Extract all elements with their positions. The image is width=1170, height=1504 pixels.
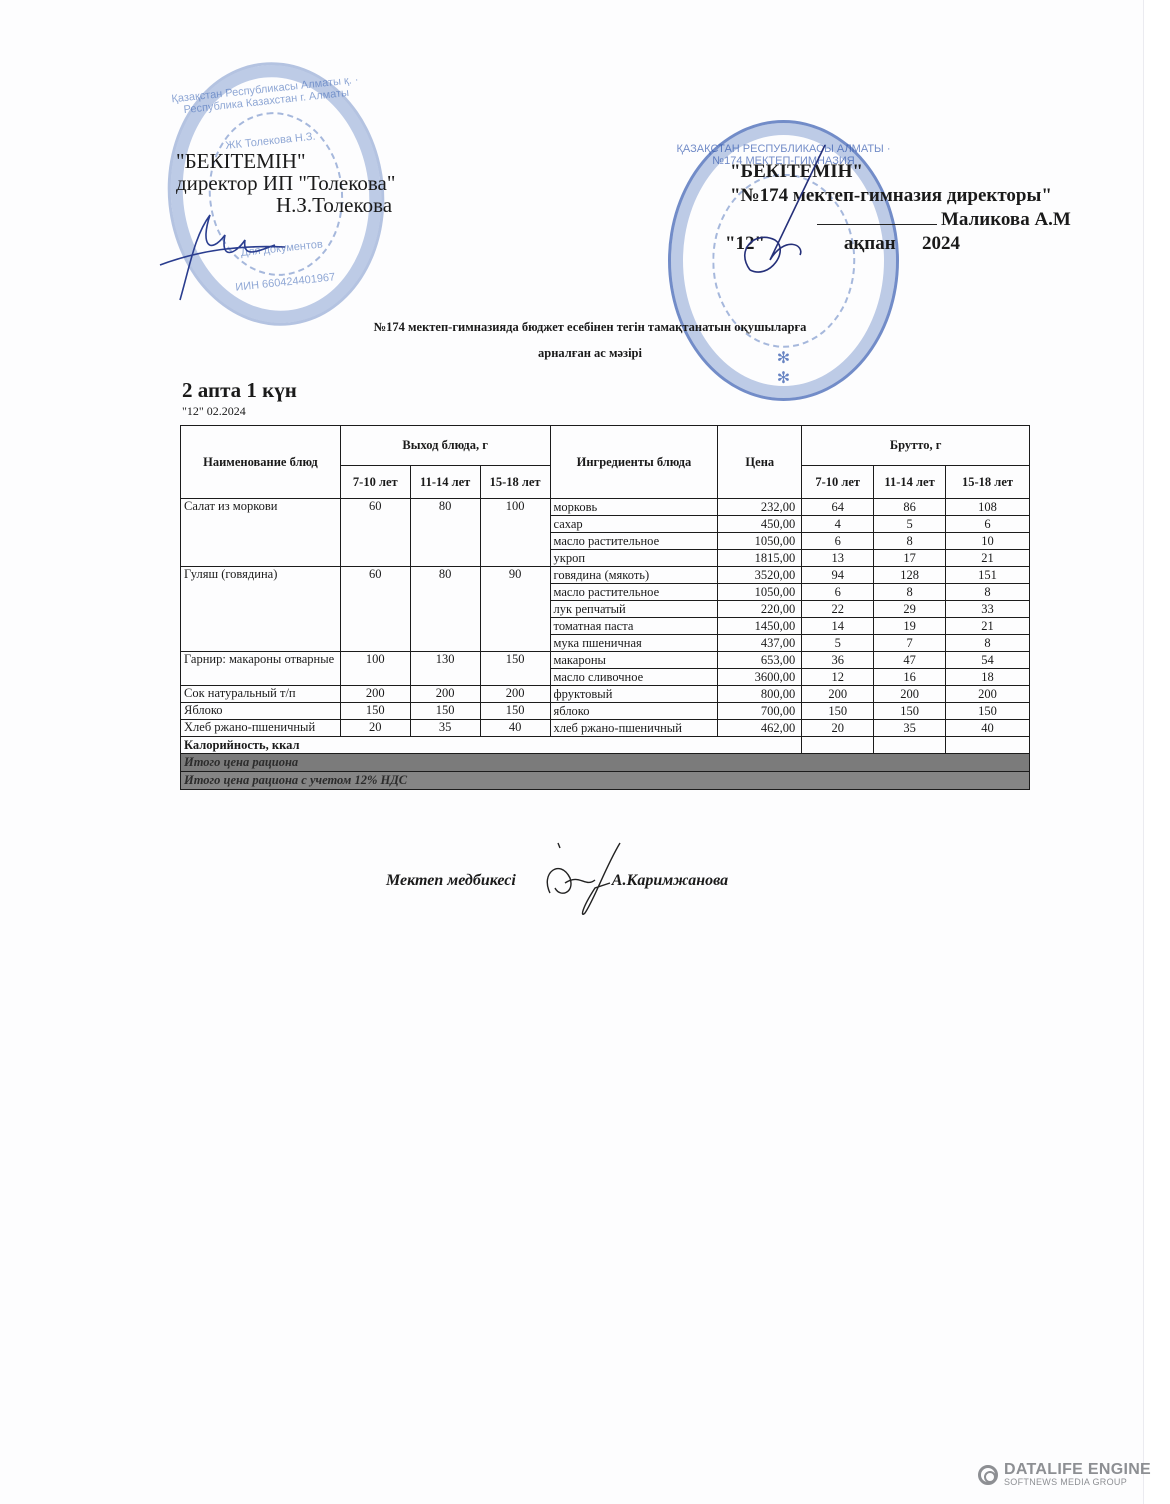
yield-15-18: 150 — [480, 703, 550, 720]
table-row: Гуляш (говядина)608090говядина (мякоть)3… — [181, 567, 1030, 584]
gross-7-10: 36 — [802, 652, 874, 669]
gross-11-14: 150 — [874, 703, 946, 720]
ingredient-name: говядина (мякоть) — [550, 567, 718, 584]
yield-15-18: 200 — [480, 686, 550, 703]
yield-11-14: 150 — [410, 703, 480, 720]
yield-7-10: 200 — [340, 686, 410, 703]
ingredient-price: 232,00 — [718, 499, 802, 516]
gross-11-14: 47 — [874, 652, 946, 669]
yield-7-10: 60 — [340, 567, 410, 652]
yield-7-10: 100 — [340, 652, 410, 686]
datalife-logo-icon — [978, 1465, 998, 1485]
total-vat-row: Итого цена рациона с учетом 12% НДС — [181, 772, 1030, 790]
approval-right-name-line: Маликова А.М — [700, 208, 1071, 232]
ingredient-price: 437,00 — [718, 635, 802, 652]
dish-name: Гарнир: макароны отварные — [181, 652, 341, 686]
gross-11-14: 29 — [874, 601, 946, 618]
total-vat-label: Итого цена рациона с учетом 12% НДС — [181, 772, 1030, 790]
header-gross-group: Брутто, г — [802, 426, 1030, 466]
nurse-role: Мектеп медбикесі — [386, 872, 516, 889]
gross-7-10: 6 — [802, 584, 874, 601]
yield-15-18: 90 — [480, 567, 550, 652]
ingredient-name: морковь — [550, 499, 718, 516]
gross-15-18: 18 — [946, 669, 1030, 686]
gross-7-10: 14 — [802, 618, 874, 635]
gross-7-10: 12 — [802, 669, 874, 686]
approval-right-day: "12" — [725, 233, 765, 254]
gross-7-10: 200 — [802, 686, 874, 703]
gross-7-10: 6 — [802, 533, 874, 550]
approval-right-month: ақпан — [844, 233, 896, 254]
ingredient-price: 1450,00 — [718, 618, 802, 635]
ingredient-price: 1815,00 — [718, 550, 802, 567]
document-title: №174 мектеп-гимназияда бюджет есебінен т… — [340, 314, 840, 366]
yield-7-10: 150 — [340, 703, 410, 720]
gross-7-10: 13 — [802, 550, 874, 567]
dish-name: Яблоко — [181, 703, 341, 720]
gross-11-14: 200 — [874, 686, 946, 703]
ingredient-price: 1050,00 — [718, 533, 802, 550]
watermark-subtitle: SOFTNEWS MEDIA GROUP — [1004, 1477, 1151, 1487]
approval-left: "БЕКІТЕМІН" директор ИП "Толекова" Н.З.Т… — [176, 150, 395, 216]
gross-15-18: 54 — [946, 652, 1030, 669]
yield-15-18: 40 — [480, 720, 550, 737]
gross-11-14: 5 — [874, 516, 946, 533]
yield-15-18: 150 — [480, 652, 550, 686]
ingredient-price: 653,00 — [718, 652, 802, 669]
calories-15-18 — [946, 737, 1030, 754]
calories-11-14 — [874, 737, 946, 754]
gross-15-18: 21 — [946, 618, 1030, 635]
gross-15-18: 33 — [946, 601, 1030, 618]
ingredient-name: сахар — [550, 516, 718, 533]
gross-11-14: 128 — [874, 567, 946, 584]
table-row: Салат из моркови6080100морковь232,006486… — [181, 499, 1030, 516]
ingredient-name: томатная паста — [550, 618, 718, 635]
gross-15-18: 10 — [946, 533, 1030, 550]
approval-right-date: "12" ақпан 2024 — [700, 232, 1071, 256]
ingredient-name: масло сливочное — [550, 669, 718, 686]
gross-11-14: 19 — [874, 618, 946, 635]
calories-7-10 — [802, 737, 874, 754]
total-label: Итого цена рациона — [181, 754, 1030, 772]
ingredient-name: масло растительное — [550, 533, 718, 550]
menu-table: Наименование блюд Выход блюда, г Ингреди… — [180, 425, 1030, 790]
week-day-label: 2 апта 1 күн — [182, 378, 297, 403]
yield-11-14: 80 — [410, 499, 480, 567]
header-ingredients: Ингредиенты блюда — [550, 426, 718, 499]
table-row: Гарнир: макароны отварные100130150макаро… — [181, 652, 1030, 669]
menu-date: "12" 02.2024 — [182, 404, 246, 419]
header-gross-age-11-14: 11-14 лет — [874, 466, 946, 499]
gross-15-18: 40 — [946, 720, 1030, 737]
gross-15-18: 151 — [946, 567, 1030, 584]
gross-15-18: 6 — [946, 516, 1030, 533]
yield-11-14: 130 — [410, 652, 480, 686]
page-edge — [1143, 0, 1170, 1504]
table-row: Яблоко150150150яблоко700,00150150150 — [181, 703, 1030, 720]
gross-11-14: 35 — [874, 720, 946, 737]
header-price: Цена — [718, 426, 802, 499]
header-yield-age-7-10: 7-10 лет — [340, 466, 410, 499]
ingredient-price: 220,00 — [718, 601, 802, 618]
approval-right-position: "№174 мектеп-гимназия директоры" — [700, 184, 1071, 208]
ingredient-name: мука пшеничная — [550, 635, 718, 652]
nurse-signature-block: Мектеп медбикесі А.Каримжанова — [386, 872, 728, 890]
document-title-line-1: №174 мектеп-гимназияда бюджет есебінен т… — [340, 314, 840, 340]
gross-15-18: 8 — [946, 635, 1030, 652]
approval-left-name: Н.З.Толекова — [176, 194, 395, 216]
gross-7-10: 150 — [802, 703, 874, 720]
approval-right-name: Маликова А.М — [941, 209, 1071, 230]
ingredient-price: 800,00 — [718, 686, 802, 703]
ingredient-name: хлеб ржано-пшеничный — [550, 720, 718, 737]
approval-right-year: 2024 — [922, 233, 960, 254]
gross-7-10: 4 — [802, 516, 874, 533]
dish-name: Салат из моркови — [181, 499, 341, 567]
stamp-right-star-icon-2: ✻ — [671, 368, 896, 388]
gross-15-18: 200 — [946, 686, 1030, 703]
header-dish-name: Наименование блюд — [181, 426, 341, 499]
header-yield-group: Выход блюда, г — [340, 426, 550, 466]
gross-15-18: 21 — [946, 550, 1030, 567]
yield-11-14: 80 — [410, 567, 480, 652]
gross-11-14: 17 — [874, 550, 946, 567]
ingredient-name: макароны — [550, 652, 718, 669]
gross-7-10: 64 — [802, 499, 874, 516]
gross-11-14: 8 — [874, 533, 946, 550]
gross-11-14: 7 — [874, 635, 946, 652]
gross-7-10: 22 — [802, 601, 874, 618]
approval-right: "БЕКІТЕМІН" "№174 мектеп-гимназия директ… — [700, 160, 1071, 256]
yield-15-18: 100 — [480, 499, 550, 567]
gross-15-18: 8 — [946, 584, 1030, 601]
ingredient-price: 700,00 — [718, 703, 802, 720]
ingredient-name: фруктовый — [550, 686, 718, 703]
header-yield-age-15-18: 15-18 лет — [480, 466, 550, 499]
ingredient-name: укроп — [550, 550, 718, 567]
document-title-line-2: арналған ас мәзірі — [340, 340, 840, 366]
menu-table-body: Салат из моркови6080100морковь232,006486… — [181, 499, 1030, 737]
dish-name: Хлеб ржано-пшеничный — [181, 720, 341, 737]
gross-15-18: 108 — [946, 499, 1030, 516]
watermark: DATALIFE ENGINE SOFTNEWS MEDIA GROUP — [978, 1462, 1151, 1487]
nurse-name: А.Каримжанова — [612, 872, 728, 889]
table-row: Сок натуральный т/п200200200фруктовый800… — [181, 686, 1030, 703]
calories-label: Калорийность, ккал — [181, 737, 802, 754]
ingredient-name: лук репчатый — [550, 601, 718, 618]
ingredient-price: 3520,00 — [718, 567, 802, 584]
gross-7-10: 94 — [802, 567, 874, 584]
ingredient-name: яблоко — [550, 703, 718, 720]
header-gross-age-15-18: 15-18 лет — [946, 466, 1030, 499]
gross-11-14: 86 — [874, 499, 946, 516]
ingredient-price: 1050,00 — [718, 584, 802, 601]
yield-7-10: 20 — [340, 720, 410, 737]
dish-name: Гуляш (говядина) — [181, 567, 341, 652]
approval-left-heading: "БЕКІТЕМІН" — [176, 150, 395, 172]
approval-right-heading: "БЕКІТЕМІН" — [700, 160, 1071, 184]
header-yield-age-11-14: 11-14 лет — [410, 466, 480, 499]
yield-11-14: 200 — [410, 686, 480, 703]
header-gross-age-7-10: 7-10 лет — [802, 466, 874, 499]
ingredient-price: 3600,00 — [718, 669, 802, 686]
calories-row: Калорийность, ккал — [181, 737, 1030, 754]
dish-name: Сок натуральный т/п — [181, 686, 341, 703]
gross-15-18: 150 — [946, 703, 1030, 720]
ingredient-price: 462,00 — [718, 720, 802, 737]
ingredient-name: масло растительное — [550, 584, 718, 601]
ingredient-price: 450,00 — [718, 516, 802, 533]
watermark-title: DATALIFE ENGINE — [1004, 1462, 1151, 1477]
gross-11-14: 8 — [874, 584, 946, 601]
gross-7-10: 20 — [802, 720, 874, 737]
total-row: Итого цена рациона — [181, 754, 1030, 772]
approval-left-position: директор ИП "Толекова" — [176, 172, 395, 194]
signature-line — [817, 224, 937, 225]
yield-7-10: 60 — [340, 499, 410, 567]
table-row: Хлеб ржано-пшеничный203540хлеб ржано-пше… — [181, 720, 1030, 737]
gross-11-14: 16 — [874, 669, 946, 686]
gross-7-10: 5 — [802, 635, 874, 652]
yield-11-14: 35 — [410, 720, 480, 737]
